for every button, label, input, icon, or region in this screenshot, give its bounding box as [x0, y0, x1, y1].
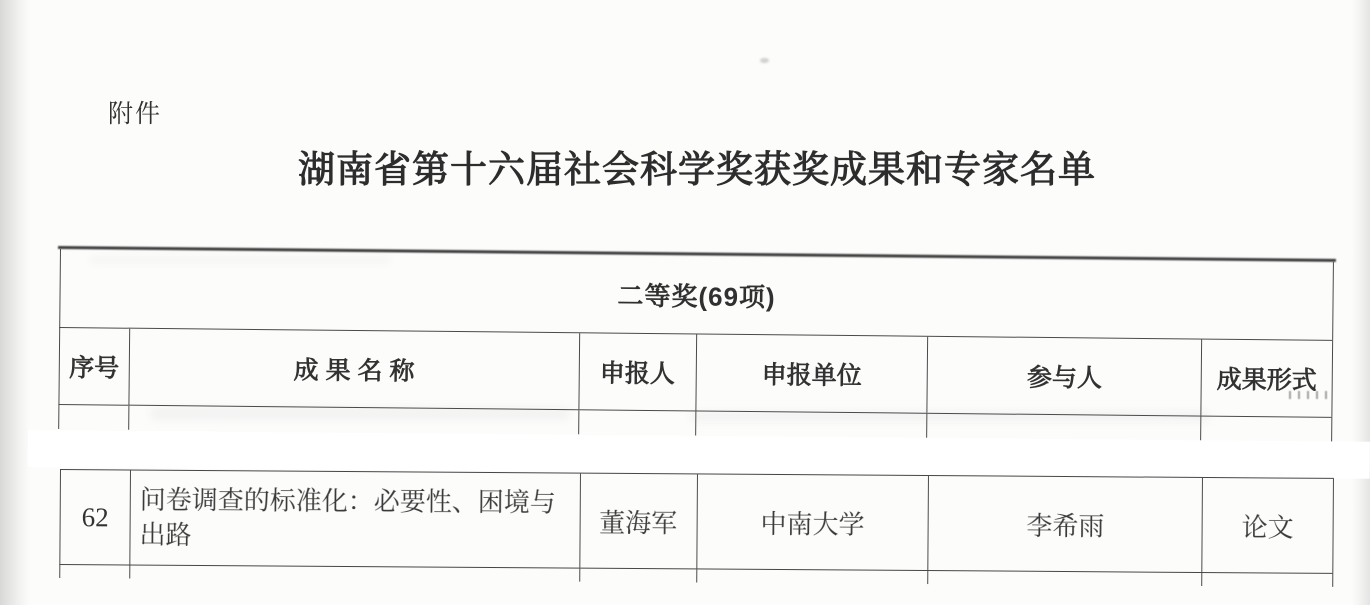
- column-header-applicant: 申报人: [579, 333, 697, 410]
- section-header-row: 二等奖(69项): [59, 249, 1334, 341]
- empty-cell: [130, 565, 580, 581]
- document-title: 湖南省第十六届社会科学奖获奖成果和专家名单: [60, 139, 1334, 193]
- page-edge-left-shadow: [0, 0, 30, 605]
- cell-participants: 李希雨: [929, 476, 1203, 572]
- section-header-cell: 二等奖(69项): [60, 249, 1334, 340]
- empty-cell: [129, 406, 579, 435]
- scanned-document-page: 附件 湖南省第十六届社会科学奖获奖成果和专家名单 二等奖(69项) 序号 成 果…: [0, 0, 1370, 605]
- empty-cell: [697, 569, 929, 584]
- empty-cell: [1202, 573, 1333, 587]
- empty-cell: [580, 569, 697, 583]
- page-edge-right-shadow: [1352, 0, 1370, 605]
- cell-row-number: 62: [60, 470, 131, 564]
- column-header-achievement-name: 成 果 名 称: [129, 329, 579, 410]
- column-header-unit: 申报单位: [696, 334, 929, 412]
- empty-cell: [929, 571, 1203, 586]
- cell-achievement-name: 问卷调查的标准化：必要性、困境与出路: [130, 470, 580, 567]
- award-table-header-fragment: 二等奖(69项) 序号 成 果 名 称 申报人 申报单位 参与人 成果形式: [58, 249, 1334, 442]
- column-header-participants: 参与人: [928, 337, 1203, 416]
- column-header-row: 序号 成 果 名 称 申报人 申报单位 参与人 成果形式: [58, 328, 1333, 418]
- scan-tick-marks: [1289, 391, 1333, 399]
- empty-cell: [927, 414, 1201, 441]
- scan-speck: [760, 58, 769, 63]
- attachment-label: 附件: [108, 94, 162, 130]
- cell-achievement-form: 论文: [1202, 478, 1334, 573]
- table-row-62: 62 问卷调查的标准化：必要性、困境与出路 董海军 中南大学 李希雨 论文: [59, 469, 1334, 574]
- column-header-achievement-form: 成果形式: [1201, 340, 1333, 417]
- empty-cell: [60, 565, 130, 578]
- empty-cell: [1201, 417, 1332, 442]
- empty-cell: [59, 405, 129, 430]
- cell-unit: 中南大学: [697, 474, 929, 570]
- cell-applicant: 董海军: [580, 474, 698, 569]
- empty-cell: [696, 411, 928, 437]
- empty-cell: [579, 410, 696, 435]
- award-table-row-fragment: 62 问卷调查的标准化：必要性、困境与出路 董海军 中南大学 李希雨 论文: [59, 469, 1334, 587]
- column-header-no: 序号: [59, 328, 130, 405]
